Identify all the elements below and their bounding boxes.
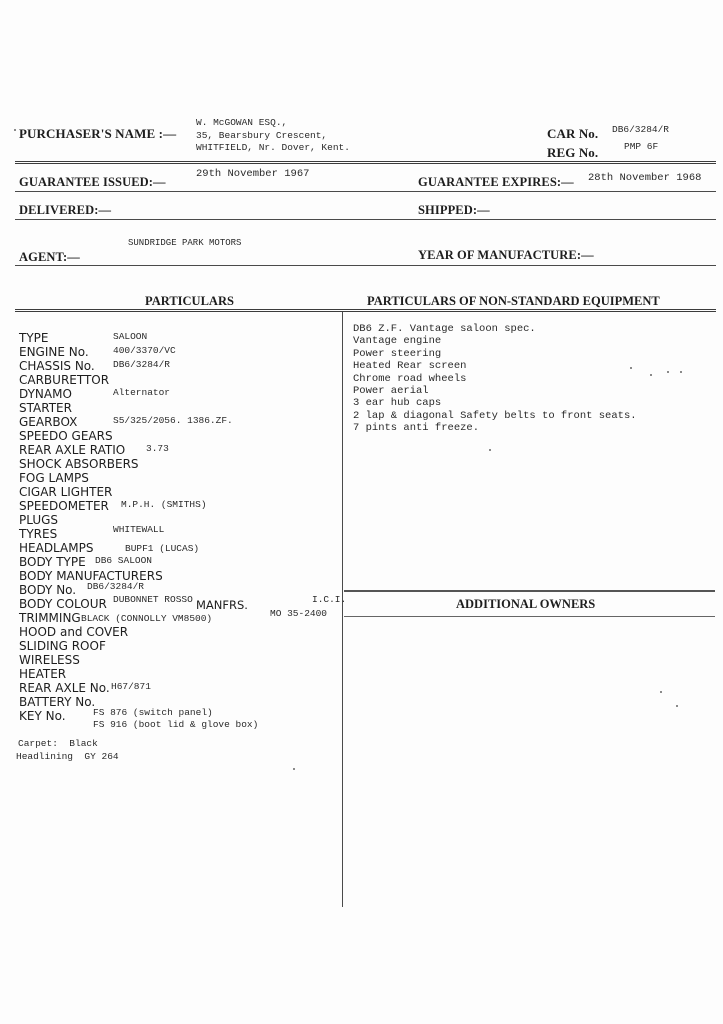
spec-value: DB6/3284/R bbox=[87, 580, 144, 594]
spec-value: H67/871 bbox=[111, 680, 151, 694]
spec-value: BLACK (CONNOLLY VM8500) bbox=[81, 612, 212, 626]
divider-delivery bbox=[15, 219, 716, 220]
spec-label: REAR AXLE RATIO bbox=[19, 443, 125, 457]
spec-value: M.P.H. (SMITHS) bbox=[121, 498, 207, 512]
spec-row-body-type: BODY TYPEDB6 SALOON bbox=[19, 555, 86, 569]
non-standard-equipment-heading: PARTICULARS OF NON-STANDARD EQUIPMENT bbox=[367, 294, 660, 309]
spec-row-rear-axle-no: REAR AXLE No.H67/871 bbox=[19, 681, 110, 695]
divider-additional-owners-top bbox=[344, 590, 715, 592]
purchaser-name: W. McGOWAN ESQ., bbox=[196, 117, 350, 130]
non-standard-equipment-list: DB6 Z.F. Vantage saloon spec. Vantage en… bbox=[353, 323, 637, 435]
paint-code: MO 35-2400 bbox=[270, 608, 327, 619]
divider-sections bbox=[15, 309, 716, 312]
spec-value: DUBONNET ROSSO bbox=[113, 593, 193, 607]
spec-value: 400/3370/VC bbox=[113, 344, 176, 358]
spec-row-dynamo: DYNAMOAlternator bbox=[19, 387, 72, 401]
purchaser-address: W. McGOWAN ESQ., 35, Bearsbury Crescent,… bbox=[196, 117, 350, 155]
divider-additional-owners-bottom bbox=[344, 616, 715, 617]
equipment-item: Power steering bbox=[353, 348, 637, 360]
headlining-note: Headlining GY 264 bbox=[16, 751, 119, 762]
additional-owners-heading: ADDITIONAL OWNERS bbox=[456, 597, 595, 612]
agent-value: SUNDRIDGE PARK MOTORS bbox=[128, 238, 241, 248]
spec-value: Alternator bbox=[113, 386, 170, 400]
scan-speck bbox=[650, 374, 652, 376]
key-no-second: FS 916 (boot lid & glove box) bbox=[93, 719, 258, 730]
spec-row-sliding-roof: SLIDING ROOF bbox=[19, 639, 106, 653]
spec-row-type: TYPESALOON bbox=[19, 331, 48, 345]
spec-label: CHASSIS No. bbox=[19, 359, 95, 373]
spec-label: REAR AXLE No. bbox=[19, 681, 110, 695]
reg-no-value: PMP 6F bbox=[624, 141, 658, 152]
spec-row-shock-absorbers: SHOCK ABSORBERS bbox=[19, 457, 139, 471]
purchaser-street: 35, Bearsbury Crescent, bbox=[196, 130, 350, 143]
spec-label: STARTER bbox=[19, 401, 72, 415]
purchaser-name-label: PURCHASER'S NAME :— bbox=[19, 126, 176, 142]
spec-value: SALOON bbox=[113, 330, 147, 344]
spec-label: GEARBOX bbox=[19, 415, 77, 429]
spec-label: HEADLAMPS bbox=[19, 541, 93, 555]
spec-label: KEY No. bbox=[19, 709, 66, 723]
equipment-item: 7 pints anti freeze. bbox=[353, 422, 637, 434]
spec-row-cigar-lighter: CIGAR LIGHTER bbox=[19, 485, 112, 499]
equipment-item: Power aerial bbox=[353, 385, 637, 397]
spec-row-body-colour: BODY COLOURDUBONNET ROSSO bbox=[19, 597, 107, 611]
spec-row-body-no: BODY No.DB6/3284/R bbox=[19, 583, 76, 597]
spec-label: PLUGS bbox=[19, 513, 58, 527]
scan-speck bbox=[660, 691, 662, 693]
spec-value: DB6/3284/R bbox=[113, 358, 170, 372]
scan-speck bbox=[14, 129, 16, 131]
spec-value: FS 876 (switch panel) bbox=[93, 706, 213, 720]
spec-label: SHOCK ABSORBERS bbox=[19, 457, 139, 471]
spec-label: TRIMMING bbox=[19, 611, 81, 625]
spec-label: HOOD and COVER bbox=[19, 625, 128, 639]
spec-row-gearbox: GEARBOXS5/325/2056. 1386.ZF. bbox=[19, 415, 77, 429]
spec-row-hood-cover: HOOD and COVER bbox=[19, 625, 128, 639]
spec-value: S5/325/2056. 1386.ZF. bbox=[113, 414, 233, 428]
scan-speck bbox=[630, 367, 632, 369]
spec-row-starter: STARTER bbox=[19, 401, 72, 415]
scan-speck bbox=[489, 449, 491, 451]
spec-label: BODY TYPE bbox=[19, 555, 86, 569]
spec-row-engine: ENGINE No.400/3370/VC bbox=[19, 345, 89, 359]
purchaser-town: WHITFIELD, Nr. Dover, Kent. bbox=[196, 142, 350, 155]
spec-row-tyres: TYRESWHITEWALL bbox=[19, 527, 57, 541]
scan-speck bbox=[676, 705, 678, 707]
spec-label: SLIDING ROOF bbox=[19, 639, 106, 653]
equipment-item: Vantage engine bbox=[353, 335, 637, 347]
scan-speck bbox=[293, 768, 295, 770]
spec-row-key-no: KEY No.FS 876 (switch panel) bbox=[19, 709, 66, 723]
spec-row-speedo-gears: SPEEDO GEARS bbox=[19, 429, 113, 443]
paint-ici-label: I.C.I. bbox=[312, 594, 346, 605]
spec-label: TYPE bbox=[19, 331, 48, 345]
spec-label: SPEEDOMETER bbox=[19, 499, 109, 513]
spec-label: HEATER bbox=[19, 667, 66, 681]
spec-row-speedometer: SPEEDOMETERM.P.H. (SMITHS) bbox=[19, 499, 109, 513]
equipment-item: 3 ear hub caps bbox=[353, 397, 637, 409]
equipment-item: Chrome road wheels bbox=[353, 373, 637, 385]
divider-agent bbox=[15, 265, 716, 266]
column-divider bbox=[342, 312, 343, 907]
equipment-item: 2 lap & diagonal Safety belts to front s… bbox=[353, 410, 637, 422]
agent-label: AGENT:— bbox=[19, 250, 80, 265]
particulars-heading: PARTICULARS bbox=[145, 294, 234, 309]
equipment-item: Heated Rear screen bbox=[353, 360, 637, 372]
car-no-value: DB6/3284/R bbox=[612, 124, 669, 135]
spec-row-rear-axle-ratio: REAR AXLE RATIO3.73 bbox=[19, 443, 125, 457]
spec-row-battery-no: BATTERY No. bbox=[19, 695, 95, 709]
spec-row-carburettor: CARBURETTOR bbox=[19, 373, 109, 387]
spec-row-plugs: PLUGS bbox=[19, 513, 58, 527]
spec-row-heater: HEATER bbox=[19, 667, 66, 681]
spec-row-fog-lamps: FOG LAMPS bbox=[19, 471, 89, 485]
reg-no-label: REG No. bbox=[547, 145, 598, 161]
scan-speck bbox=[680, 371, 682, 373]
spec-label: BODY No. bbox=[19, 583, 76, 597]
spec-label: CIGAR LIGHTER bbox=[19, 485, 112, 499]
spec-label: WIRELESS bbox=[19, 653, 80, 667]
shipped-label: SHIPPED:— bbox=[418, 203, 490, 218]
spec-label: CARBURETTOR bbox=[19, 373, 109, 387]
spec-value: WHITEWALL bbox=[113, 523, 164, 537]
spec-row-headlamps: HEADLAMPSBUPF1 (LUCAS) bbox=[19, 541, 93, 555]
spec-label: FOG LAMPS bbox=[19, 471, 89, 485]
divider-header bbox=[15, 161, 716, 164]
spec-value: DB6 SALOON bbox=[95, 554, 152, 568]
guarantee-expires-value: 28th November 1968 bbox=[588, 172, 701, 184]
guarantee-issued-label: GUARANTEE ISSUED:— bbox=[19, 175, 166, 190]
carpet-note: Carpet: Black bbox=[18, 738, 98, 749]
spec-label: BODY COLOUR bbox=[19, 597, 107, 611]
spec-label: ENGINE No. bbox=[19, 345, 89, 359]
spec-row-chassis: CHASSIS No.DB6/3284/R bbox=[19, 359, 95, 373]
spec-value: 3.73 bbox=[146, 442, 169, 456]
guarantee-issued-value: 29th November 1967 bbox=[196, 168, 309, 180]
spec-label: TYRES bbox=[19, 527, 57, 541]
paint-manufacturer-label: MANFRS. bbox=[196, 598, 248, 612]
equipment-item: DB6 Z.F. Vantage saloon spec. bbox=[353, 323, 637, 335]
car-no-label: CAR No. bbox=[547, 126, 598, 142]
guarantee-expires-label: GUARANTEE EXPIRES:— bbox=[418, 175, 574, 190]
delivered-label: DELIVERED:— bbox=[19, 203, 111, 218]
year-of-manufacture-label: YEAR OF MANUFACTURE:— bbox=[418, 248, 594, 263]
spec-label: SPEEDO GEARS bbox=[19, 429, 113, 443]
spec-row-trimming: TRIMMINGBLACK (CONNOLLY VM8500) bbox=[19, 611, 81, 625]
scan-speck bbox=[667, 371, 669, 373]
spec-label: DYNAMO bbox=[19, 387, 72, 401]
spec-label: BATTERY No. bbox=[19, 695, 95, 709]
divider-guarantee bbox=[15, 191, 716, 192]
spec-row-wireless: WIRELESS bbox=[19, 653, 80, 667]
